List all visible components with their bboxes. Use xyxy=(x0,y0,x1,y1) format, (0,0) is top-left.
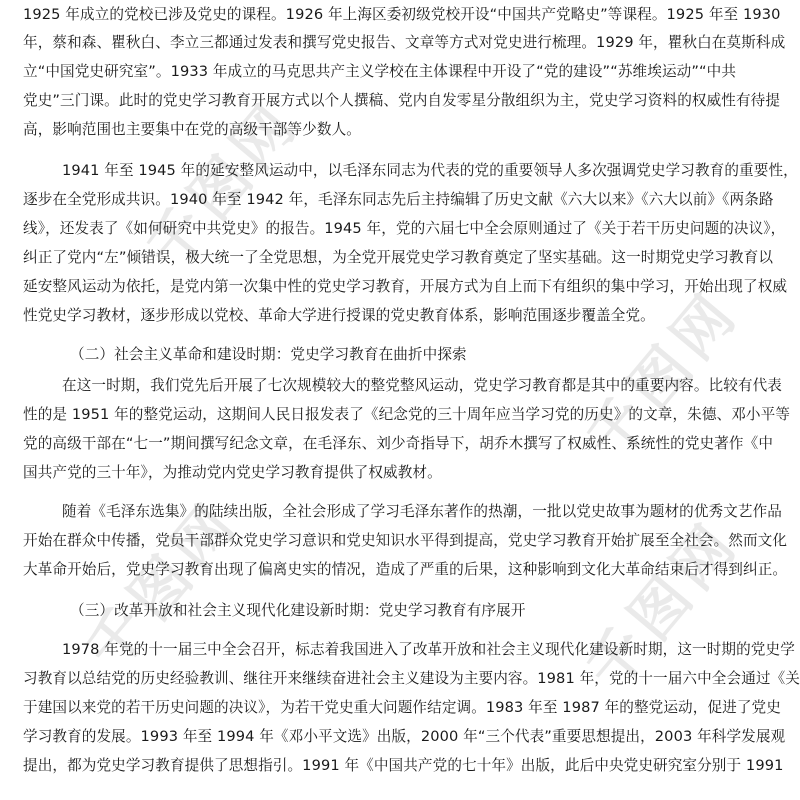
paragraph-line: 1978 年党的十一届三中全会召开，标志着我国进入了改革开放和社会主义现代化建设… xyxy=(62,640,795,660)
paragraph-line: 1925 年成立的党校已涉及党史的课程。1926 年上海区委初级党校开设“中国共… xyxy=(23,5,781,25)
paragraph-line: 提出，都为党史学习教育提供了思想指引。1991 年《中国共产党的七十年》出版，此… xyxy=(23,756,783,776)
paragraph-line: 延安整风运动为依托，是党内第一次集中性的党史学习教育，开展方式为自上而下有组织的… xyxy=(23,277,787,297)
paragraph-line: 1941 年至 1945 年的延安整风运动中，以毛泽东同志为代表的党的重要领导人… xyxy=(62,161,798,181)
paragraph-line: 年，蔡和森、瞿秋白、李立三都通过发表和撰写党史报告、文章等方式对党史进行梳理。1… xyxy=(23,33,785,53)
paragraph-line: 高，影响范围也主要集中在党的高级干部等少数人。 xyxy=(23,120,361,140)
paragraph-line: 大革命开始后，党史学习教育出现了偏离史实的情况，造成了严重的后果，这种影响到文化… xyxy=(23,560,787,580)
paragraph-line: 学习教育的发展。1993 年至 1994 年《邓小平文选》出版，2000 年“三… xyxy=(23,727,785,747)
paragraph-line: 随着《毛泽东选集》的陆续出版，全社会形成了学习毛泽东著作的热潮，一批以党史故事为… xyxy=(62,502,782,522)
paragraph-line: 开始在群众中传播，党员干部群众党史学习意识和党史知识水平得到提高，党史学习教育开… xyxy=(23,531,787,551)
section-heading: （三）改革开放和社会主义现代化建设新时期：党史学习教育有序展开 xyxy=(70,601,526,621)
paragraph-line: 在这一时期，我们党先后开展了七次规模较大的整党整风运动，党史学习教育都是其中的重… xyxy=(62,376,782,396)
paragraph-line: 性党史学习教材，逐步形成以党校、革命大学进行授课的党史教育体系，影响范围逐步覆盖… xyxy=(23,306,655,326)
paragraph-line: 立“中国党史研究室”。1933 年成立的马克思共产主义学校在主体课程中开设了“党… xyxy=(23,62,736,82)
paragraph-line: 逐步在全党形成共识。1940 年至 1942 年，毛泽东同志先后主持编辑了历史文… xyxy=(23,190,774,210)
paragraph-line: 线》，还发表了《如何研究中共党史》的报告。1945 年，党的六届七中全会原则通过… xyxy=(23,219,785,239)
document-page: 千图网千图网千图网千图网 1925 年成立的党校已涉及党史的课程。1926 年上… xyxy=(0,0,800,800)
section-heading: （二）社会主义革命和建设时期：党史学习教育在曲折中探索 xyxy=(70,345,467,365)
paragraph-line: 党的高级干部在“七一”期间撰写纪念文章，在毛泽东、刘少奇指导下，胡乔木撰写了权威… xyxy=(23,434,773,454)
paragraph-line: 国共产党的三十年》，为推动党内党史学习教育提供了权威教材。 xyxy=(23,463,442,483)
paragraph-line: 性的是 1951 年的整党运动，这期间人民日报发表了《纪念党的三十周年应当学习党… xyxy=(23,405,790,425)
paragraph-line: 纠正了党内“左”倾错误，极大统一了全党思想，为全党开展党史学习教育奠定了坚实基础… xyxy=(23,248,773,268)
paragraph-line: 党史”三门课。此时的党史学习教育开展方式以个人撰稿、党内自发零星分散组织为主，党… xyxy=(23,91,780,111)
paragraph-line: 习教育以总结党的历史经验教训、继往开来继续奋进社会主义建设为主要内容。1981 … xyxy=(23,669,800,689)
paragraph-line: 于建国以来党的若干历史问题的决议》，为若干党史重大问题作结定调。1983 年至 … xyxy=(23,698,781,718)
